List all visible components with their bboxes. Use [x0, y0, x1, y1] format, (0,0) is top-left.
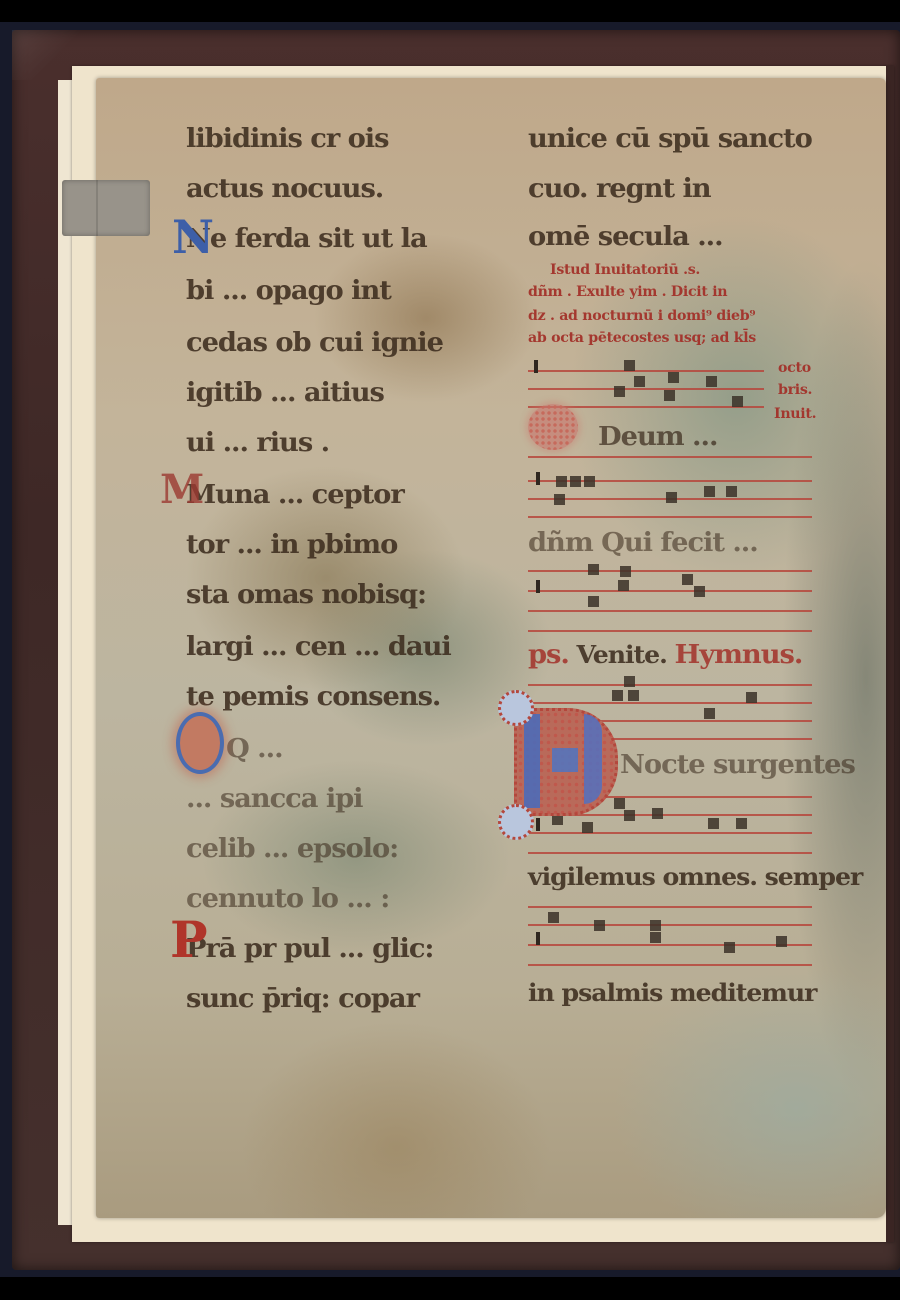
neume [650, 920, 661, 931]
staff-line [528, 456, 812, 458]
rubric-line: Istud Inuitatoriū .s. [550, 262, 700, 278]
text-line: sta omas nobisq: [186, 580, 426, 610]
initial-center [552, 748, 578, 772]
neume [570, 476, 581, 487]
chant-text: vigilemus omnes. semper [528, 862, 862, 891]
staff-line [528, 388, 764, 390]
clef-mark [536, 932, 540, 945]
staff-line [528, 852, 812, 854]
neume [708, 818, 719, 829]
text-line: igitib ... aitius [186, 378, 384, 408]
initial-boss-bottom [498, 804, 534, 840]
staff-line [528, 906, 812, 908]
initial-p-red: P [170, 910, 208, 969]
staff-line [528, 924, 812, 926]
staff-line [528, 370, 764, 372]
neume [618, 580, 629, 591]
text-line: omē secula ... [528, 222, 723, 252]
mount-edge [886, 66, 894, 1242]
neume [628, 690, 639, 701]
text-line: Prā pr pul ... glic: [186, 934, 433, 964]
text-line: unice cū spū sancto [528, 124, 812, 154]
neume [746, 692, 757, 703]
neume [620, 566, 631, 577]
hymnus-label: Hymnus. [675, 640, 803, 670]
neume [652, 808, 663, 819]
text-line: largi ... cen ... daui [186, 632, 451, 662]
staff-line [528, 630, 812, 632]
neume [664, 390, 675, 401]
text-line: Ne ferda sit ut la [186, 224, 427, 254]
text-line: cuo. regnt in [528, 174, 711, 204]
neume [554, 494, 565, 505]
illuminated-initial-q [176, 712, 224, 774]
paper-tab [62, 180, 150, 236]
neume [650, 932, 661, 943]
neume [732, 396, 743, 407]
text-line: te pemis consens. [186, 682, 440, 712]
clef-mark [536, 472, 540, 485]
clef-mark [534, 360, 538, 373]
initial-stem [524, 714, 540, 808]
clef-mark [536, 580, 540, 593]
initial-n-blue: N [172, 210, 214, 264]
rubric-line: ab octa pētecostes usq; ad kl̄s [528, 330, 756, 346]
text-line: Q ... [226, 734, 283, 764]
neume [682, 574, 693, 585]
neume [548, 912, 559, 923]
staff-line [528, 516, 812, 518]
psalm-rubric-line: ps. Venite. Hymnus. [528, 640, 802, 670]
illuminated-initial-n [494, 690, 618, 840]
neume [556, 476, 567, 487]
neume [624, 810, 635, 821]
text-line: bi ... opago int [186, 276, 391, 306]
chant-text: in psalmis meditemur [528, 978, 816, 1007]
margin-rubric: bris. [778, 382, 812, 398]
neume [624, 360, 635, 371]
text-line: actus nocuus. [186, 174, 383, 204]
text-line: sunc p̄riq: copar [186, 984, 419, 1014]
ps-label: ps. [528, 640, 569, 670]
text-line: celib ... epsolo: [186, 834, 398, 864]
neume [776, 936, 787, 947]
staff-line [528, 944, 812, 946]
initial-bowl [584, 714, 602, 804]
text-line: ui ... rius . [186, 428, 329, 458]
neume [588, 564, 599, 575]
margin-rubric: octo [778, 360, 811, 376]
rubric-line: dz . ad nocturnū i domi⁹ dieb⁹ [528, 308, 755, 324]
staff-line [528, 684, 812, 686]
neume [736, 818, 747, 829]
neume [666, 492, 677, 503]
neume [588, 596, 599, 607]
neume [614, 386, 625, 397]
initial-boss-top [498, 690, 534, 726]
neume [706, 376, 717, 387]
venite-label: Venite. [577, 640, 667, 669]
flourished-initial-r [528, 404, 578, 450]
text-line: ... sancca ipi [186, 784, 362, 814]
neume [704, 708, 715, 719]
staff-line [528, 590, 812, 592]
text-line: tor ... in pbimo [186, 530, 397, 560]
neume [724, 942, 735, 953]
neume [726, 486, 737, 497]
neume [668, 372, 679, 383]
rubric-line: dñm . Exulte yim . Dicit in [528, 284, 727, 300]
chant-text: dñm Qui fecit ... [528, 528, 758, 558]
neume [694, 586, 705, 597]
text-line: cedas ob cui ignie [186, 328, 443, 358]
initial-m-red: M [160, 466, 204, 513]
chant-text: Nocte surgentes [620, 750, 855, 780]
staff-line [528, 964, 812, 966]
neume [624, 676, 635, 687]
text-line: Muna ... ceptor [186, 480, 404, 510]
text-line: libidinis cr ois [186, 124, 388, 154]
neume [584, 476, 595, 487]
margin-rubric: Inuit. [774, 406, 816, 422]
chant-text: Deum ... [598, 422, 717, 452]
neume [704, 486, 715, 497]
text-line: cennuto lo ... : [186, 884, 389, 914]
staff-line [528, 570, 812, 572]
staff-line [528, 610, 812, 612]
neume [594, 920, 605, 931]
neume [634, 376, 645, 387]
